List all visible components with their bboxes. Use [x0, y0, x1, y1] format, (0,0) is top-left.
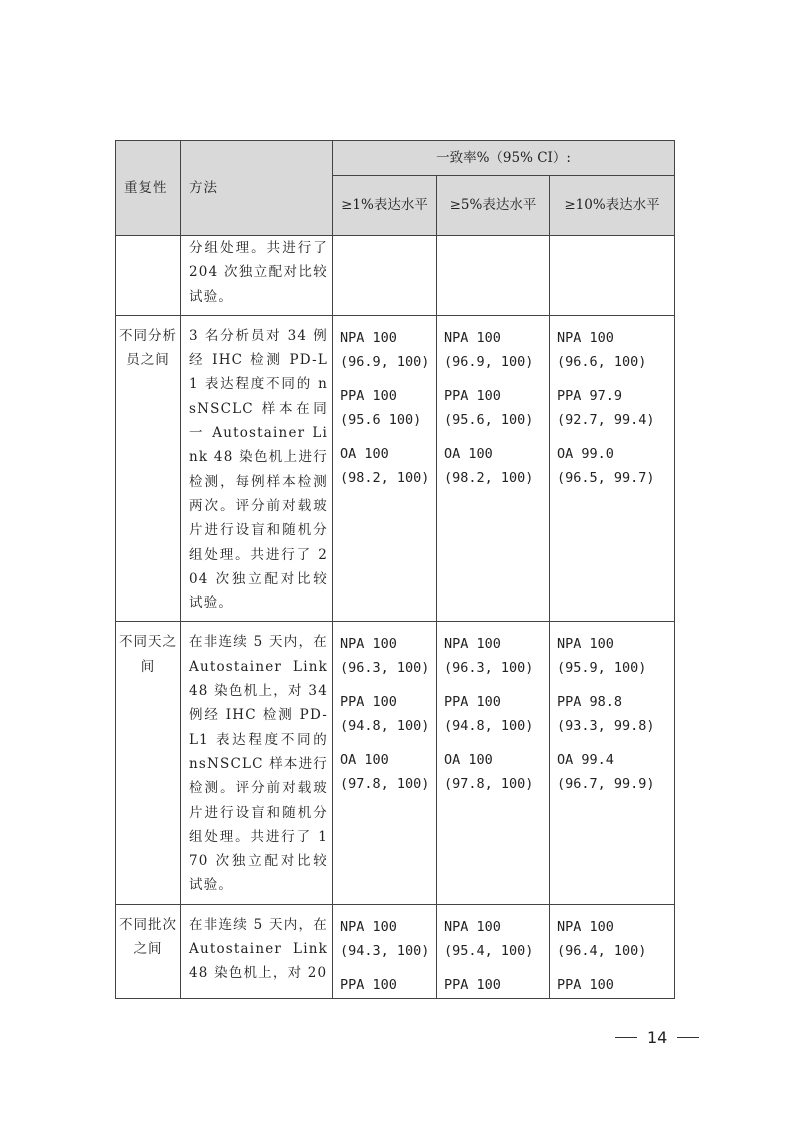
table-row: 不同天之间 在非连续 5 天内，在 Autostainer Link 48 染色… [116, 622, 675, 904]
row-method: 在非连续 5 天内，在 Autostainer Link 48 染色机上，对 2… [181, 904, 333, 998]
ppa-metric: PPA 100 [340, 973, 432, 997]
npa-metric: NPA 100(95.9, 100) [557, 632, 670, 680]
ppa-metric: PPA 100(94.8, 100) [340, 690, 432, 738]
dash-right [677, 1037, 699, 1038]
npa-metric: NPA 100(96.3, 100) [340, 632, 432, 680]
table-row: 分组处理。共进行了204 次独立配对比较试验。 [116, 236, 675, 316]
ppa-metric: PPA 98.8(93.3, 99.8) [557, 690, 670, 738]
header-repeatability: 重复性 [116, 141, 181, 236]
npa-metric: NPA 100(96.9, 100) [340, 326, 432, 374]
header-level-10: ≥10%表达水平 [550, 176, 675, 236]
ppa-metric: PPA 100 [444, 973, 545, 997]
value-cell: NPA 100(95.9, 100) PPA 98.8(93.3, 99.8) … [550, 622, 675, 904]
npa-metric: NPA 100(95.4, 100) [444, 915, 545, 963]
header-level-1: ≥1%表达水平 [333, 176, 437, 236]
oa-metric: OA 100(97.8, 100) [340, 748, 432, 796]
value-cell: NPA 100(95.4, 100) PPA 100 [437, 904, 550, 998]
value-cell: NPA 100(96.4, 100) PPA 100 [550, 904, 675, 998]
page-number: 14 [647, 1028, 667, 1047]
agreement-table: 重复性 方法 一致率%（95% CI）: ≥1%表达水平 ≥5%表达水平 ≥10… [115, 140, 675, 999]
ppa-metric: PPA 100 [557, 973, 670, 997]
value-cell: NPA 100(96.6, 100) PPA 97.9(92.7, 99.4) … [550, 315, 675, 622]
value-cell: NPA 100(96.3, 100) PPA 100(94.8, 100) OA… [333, 622, 437, 904]
row-label: 不同批次之间 [116, 904, 181, 998]
row-method: 3 名分析员对 34 例经 IHC 检测 PD-L1 表达程度不同的 nsNSC… [181, 315, 333, 622]
row-method: 在非连续 5 天内，在 Autostainer Link 48 染色机上，对 3… [181, 622, 333, 904]
value-cell: NPA 100(96.3, 100) PPA 100(94.8, 100) OA… [437, 622, 550, 904]
row-label: 不同分析员之间 [116, 315, 181, 622]
table-row: 不同批次之间 在非连续 5 天内，在 Autostainer Link 48 染… [116, 904, 675, 998]
dash-left [615, 1037, 637, 1038]
page-footer: 14 [615, 1028, 699, 1047]
row-label [116, 236, 181, 316]
ppa-metric: PPA 100(94.8, 100) [444, 690, 545, 738]
header-row-1: 重复性 方法 一致率%（95% CI）: [116, 141, 675, 176]
oa-metric: OA 99.0(96.5, 99.7) [557, 442, 670, 490]
value-cell: NPA 100(96.9, 100) PPA 100(95.6, 100) OA… [437, 315, 550, 622]
header-level-5: ≥5%表达水平 [437, 176, 550, 236]
ppa-metric: PPA 97.9(92.7, 99.4) [557, 384, 670, 432]
table-row: 不同分析员之间 3 名分析员对 34 例经 IHC 检测 PD-L1 表达程度不… [116, 315, 675, 622]
value-cell [437, 236, 550, 316]
npa-metric: NPA 100(96.4, 100) [557, 915, 670, 963]
oa-metric: OA 100(97.8, 100) [444, 748, 545, 796]
npa-metric: NPA 100(96.9, 100) [444, 326, 545, 374]
npa-metric: NPA 100(96.3, 100) [444, 632, 545, 680]
oa-metric: OA 100(98.2, 100) [444, 442, 545, 490]
value-cell [333, 236, 437, 316]
header-method: 方法 [181, 141, 333, 236]
oa-metric: OA 100(98.2, 100) [340, 442, 432, 490]
header-agreement-group: 一致率%（95% CI）: [333, 141, 675, 176]
npa-metric: NPA 100(94.3, 100) [340, 915, 432, 963]
value-cell: NPA 100(96.9, 100) PPA 100(95.6 100) OA … [333, 315, 437, 622]
value-cell: NPA 100(94.3, 100) PPA 100 [333, 904, 437, 998]
ppa-metric: PPA 100(95.6 100) [340, 384, 432, 432]
npa-metric: NPA 100(96.6, 100) [557, 326, 670, 374]
value-cell [550, 236, 675, 316]
row-method: 分组处理。共进行了204 次独立配对比较试验。 [181, 236, 333, 316]
ppa-metric: PPA 100(95.6, 100) [444, 384, 545, 432]
oa-metric: OA 99.4(96.7, 99.9) [557, 748, 670, 796]
row-label: 不同天之间 [116, 622, 181, 904]
